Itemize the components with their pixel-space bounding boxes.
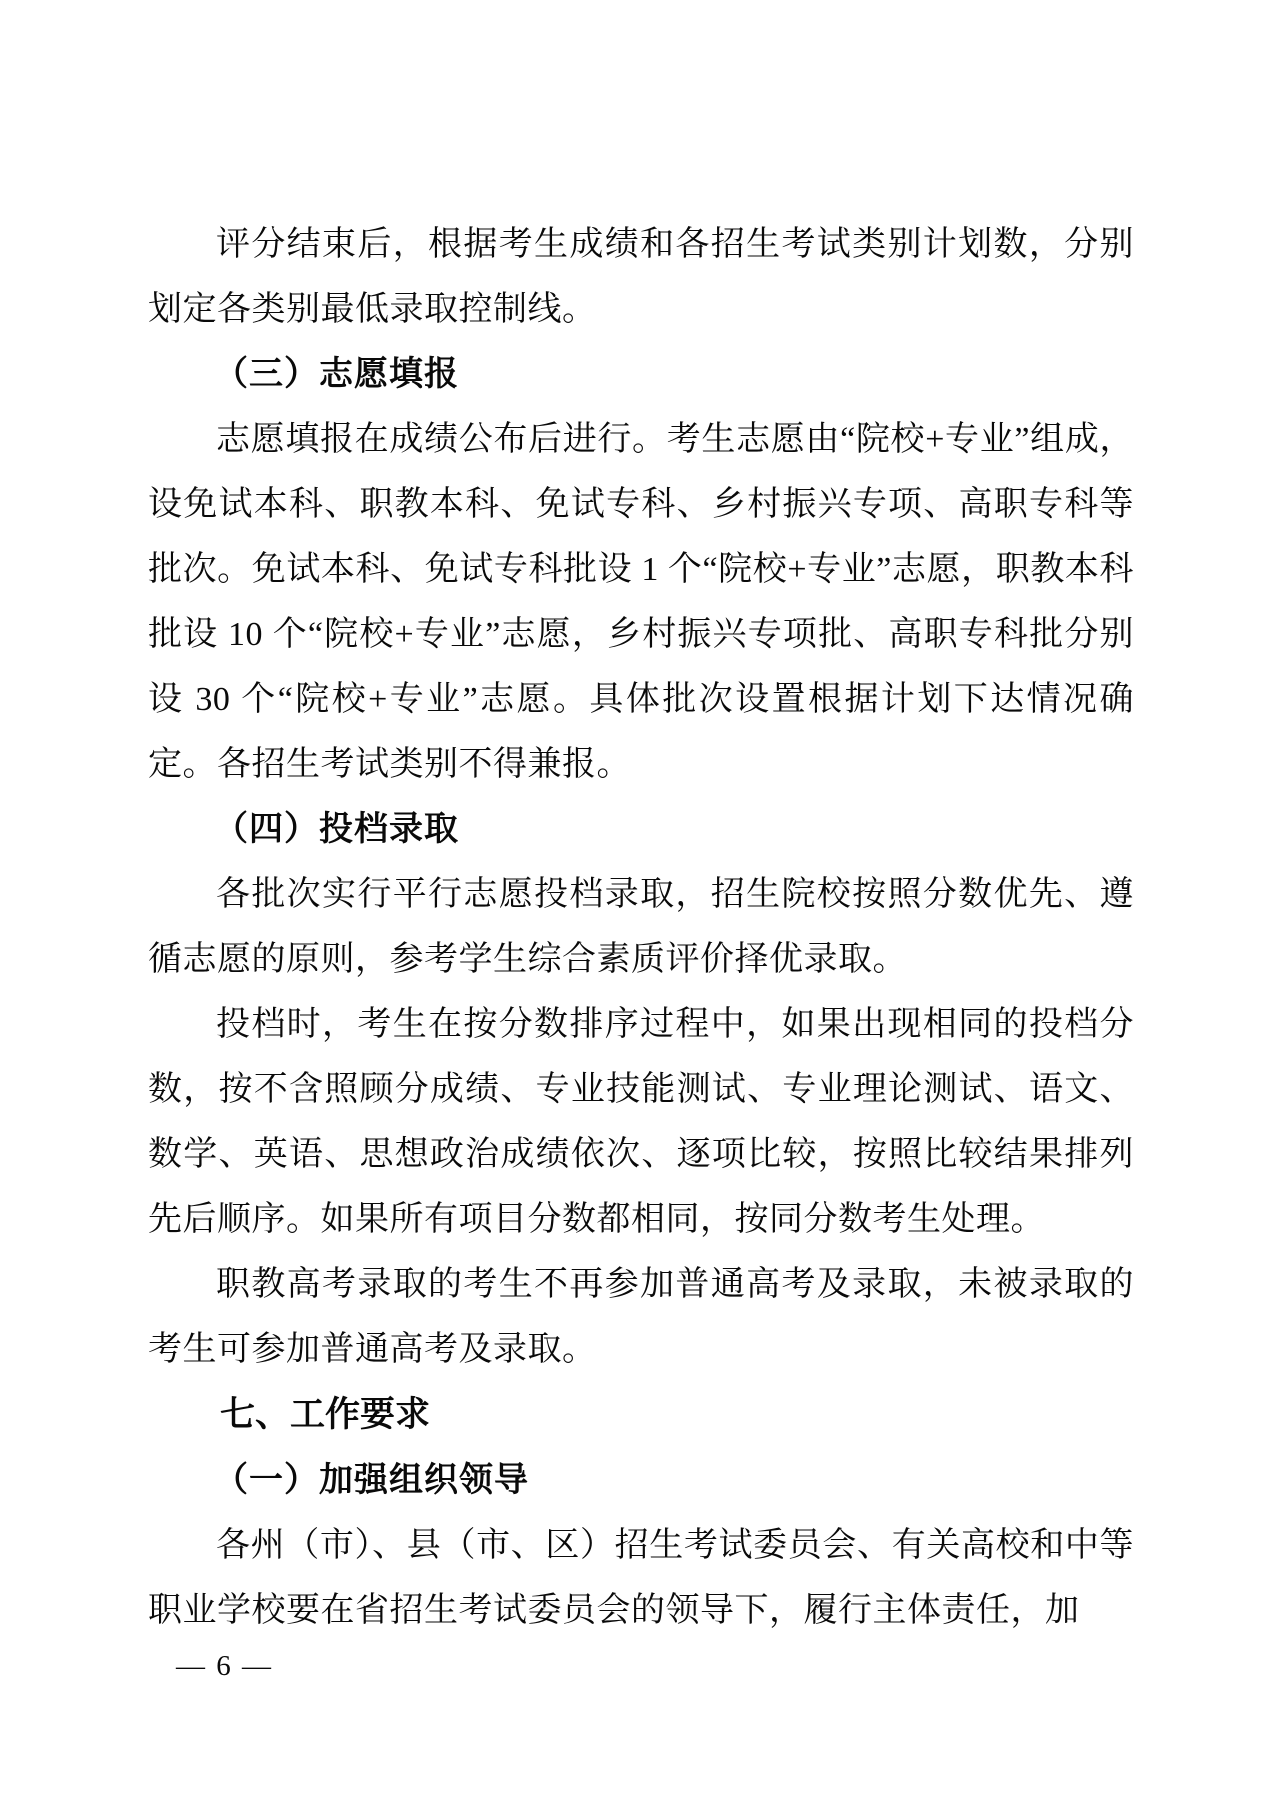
- paragraph-volunteer-filling-detail: 志愿填报在成绩公布后进行。考生志愿由“院校+专业”组成，设免试本科、职教本科、免…: [148, 407, 1134, 797]
- paragraph-committee-responsibility: 各州（市）、县（市、区）招生考试委员会、有关高校和中等职业学校要在省招生考试委员…: [148, 1513, 1134, 1643]
- section-heading-volunteer-filling: （三）志愿填报: [148, 342, 1134, 407]
- document-body: 评分结束后，根据考生成绩和各招生考试类别计划数，分别划定各类别最低录取控制线。 …: [148, 212, 1134, 1643]
- paragraph-gaokao-eligibility: 职教高考录取的考生不再参加普通高考及录取，未被录取的考生可参加普通高考及录取。: [148, 1252, 1134, 1382]
- paragraph-tie-break-rules: 投档时，考生在按分数排序过程中，如果出现相同的投档分数，按不含照顾分成绩、专业技…: [148, 992, 1134, 1252]
- paragraph-score-control-line: 评分结束后，根据考生成绩和各招生考试类别计划数，分别划定各类别最低录取控制线。: [148, 212, 1134, 342]
- section-heading-admission: （四）投档录取: [148, 797, 1134, 862]
- document-page: 评分结束后，根据考生成绩和各招生考试类别计划数，分别划定各类别最低录取控制线。 …: [0, 0, 1280, 1809]
- paragraph-parallel-volunteer-admission: 各批次实行平行志愿投档录取，招生院校按照分数优先、遵循志愿的原则，参考学生综合素…: [148, 862, 1134, 992]
- chapter-heading-work-requirements: 七、工作要求: [148, 1382, 1134, 1448]
- section-heading-strengthen-leadership: （一）加强组织领导: [148, 1448, 1134, 1513]
- page-number: — 6 —: [176, 1650, 273, 1683]
